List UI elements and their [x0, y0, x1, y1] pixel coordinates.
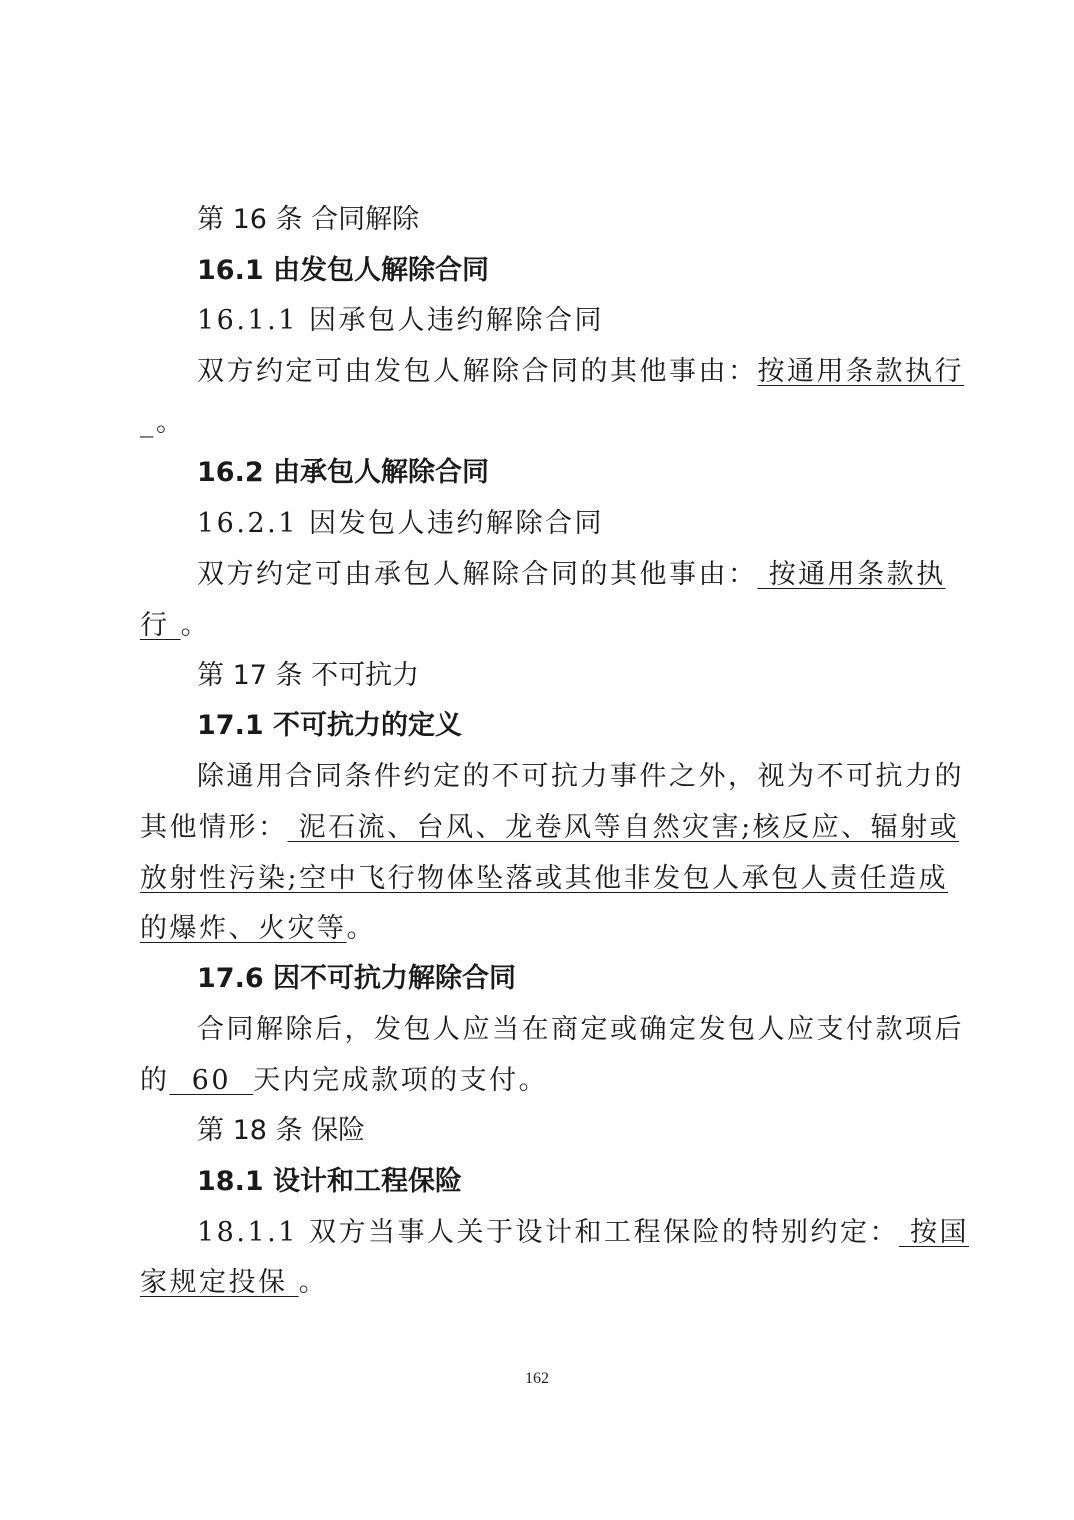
fill-in-value: 按通用条款执行: [758, 356, 965, 387]
section-17-6-heading: 17.6 因不可抗力解除合同: [197, 961, 937, 997]
fill-in-value: 放射性污染;空中飞行物体坠落或其他非发包人承包人责任造成: [140, 863, 948, 894]
fill-in-value: 泥石流、台风、龙卷风等自然灾害;核反应、辐射或: [288, 812, 960, 843]
payment-days-value: 60: [170, 1065, 254, 1096]
section-17-1-paragraph-line: 其他情形： 泥石流、台风、龙卷风等自然灾害;核反应、辐射或: [140, 810, 936, 846]
clause-16-2-1-paragraph: 双方约定可由承包人解除合同的其他事由： 按通用条款执: [197, 557, 937, 593]
paragraph-text: 双方约定可由承包人解除合同的其他事由：: [197, 559, 758, 590]
paragraph-continuation: 行 。: [140, 608, 936, 644]
clause-16-1-1-paragraph: 双方约定可由发包人解除合同的其他事由：按通用条款执行: [197, 354, 937, 390]
paragraph-continuation: _。: [140, 405, 936, 441]
fill-in-value: 按通用条款执: [758, 559, 946, 590]
section-16-1-heading: 16.1 由发包人解除合同: [197, 253, 937, 289]
section-18-1-heading: 18.1 设计和工程保险: [197, 1164, 937, 1200]
fill-in-value: 的爆炸、火灾等: [140, 913, 347, 944]
paragraph-text: 的: [140, 1065, 170, 1096]
fill-in-value: 行: [140, 610, 181, 641]
paragraph-text: 其他情形：: [140, 812, 288, 843]
paragraph-end: 。: [347, 913, 377, 944]
paragraph-continuation: 家规定投保 。: [140, 1265, 936, 1301]
clause-16-1-1: 16.1.1 因承包人违约解除合同: [197, 303, 937, 339]
section-17-1-paragraph-line: 除通用合同条件约定的不可抗力事件之外，视为不可抗力的: [197, 759, 937, 795]
paragraph-text: 18.1.1 双方当事人关于设计和工程保险的特别约定：: [197, 1217, 899, 1248]
section-17-6-paragraph-line: 的 60 天内完成款项的支付。: [140, 1063, 936, 1099]
fill-in-value: 按国: [899, 1217, 969, 1248]
section-17-1-paragraph-line: 的爆炸、火灾等。: [140, 911, 936, 947]
section-16-2-heading: 16.2 由承包人解除合同: [197, 455, 937, 491]
clause-18-1-1-paragraph: 18.1.1 双方当事人关于设计和工程保险的特别约定： 按国: [197, 1215, 937, 1251]
page-number: 162: [0, 1370, 1074, 1388]
paragraph-text: 天内完成款项的支付。: [253, 1065, 548, 1096]
article-16-title: 第 16 条 合同解除: [197, 202, 937, 238]
section-17-6-paragraph-line: 合同解除后，发包人应当在商定或确定发包人应支付款项后: [197, 1012, 937, 1048]
article-17-title: 第 17 条 不可抗力: [197, 658, 937, 694]
article-18-title: 第 18 条 保险: [197, 1113, 937, 1149]
clause-16-2-1: 16.2.1 因发包人违约解除合同: [197, 506, 937, 542]
section-17-1-heading: 17.1 不可抗力的定义: [197, 708, 937, 744]
paragraph-text: 双方约定可由发包人解除合同的其他事由：: [197, 356, 758, 387]
fill-in-value: 家规定投保: [140, 1267, 299, 1298]
paragraph-end: 。: [299, 1267, 329, 1298]
section-17-1-paragraph-line: 放射性污染;空中飞行物体坠落或其他非发包人承包人责任造成: [140, 861, 936, 897]
paragraph-end: 。: [181, 610, 211, 641]
